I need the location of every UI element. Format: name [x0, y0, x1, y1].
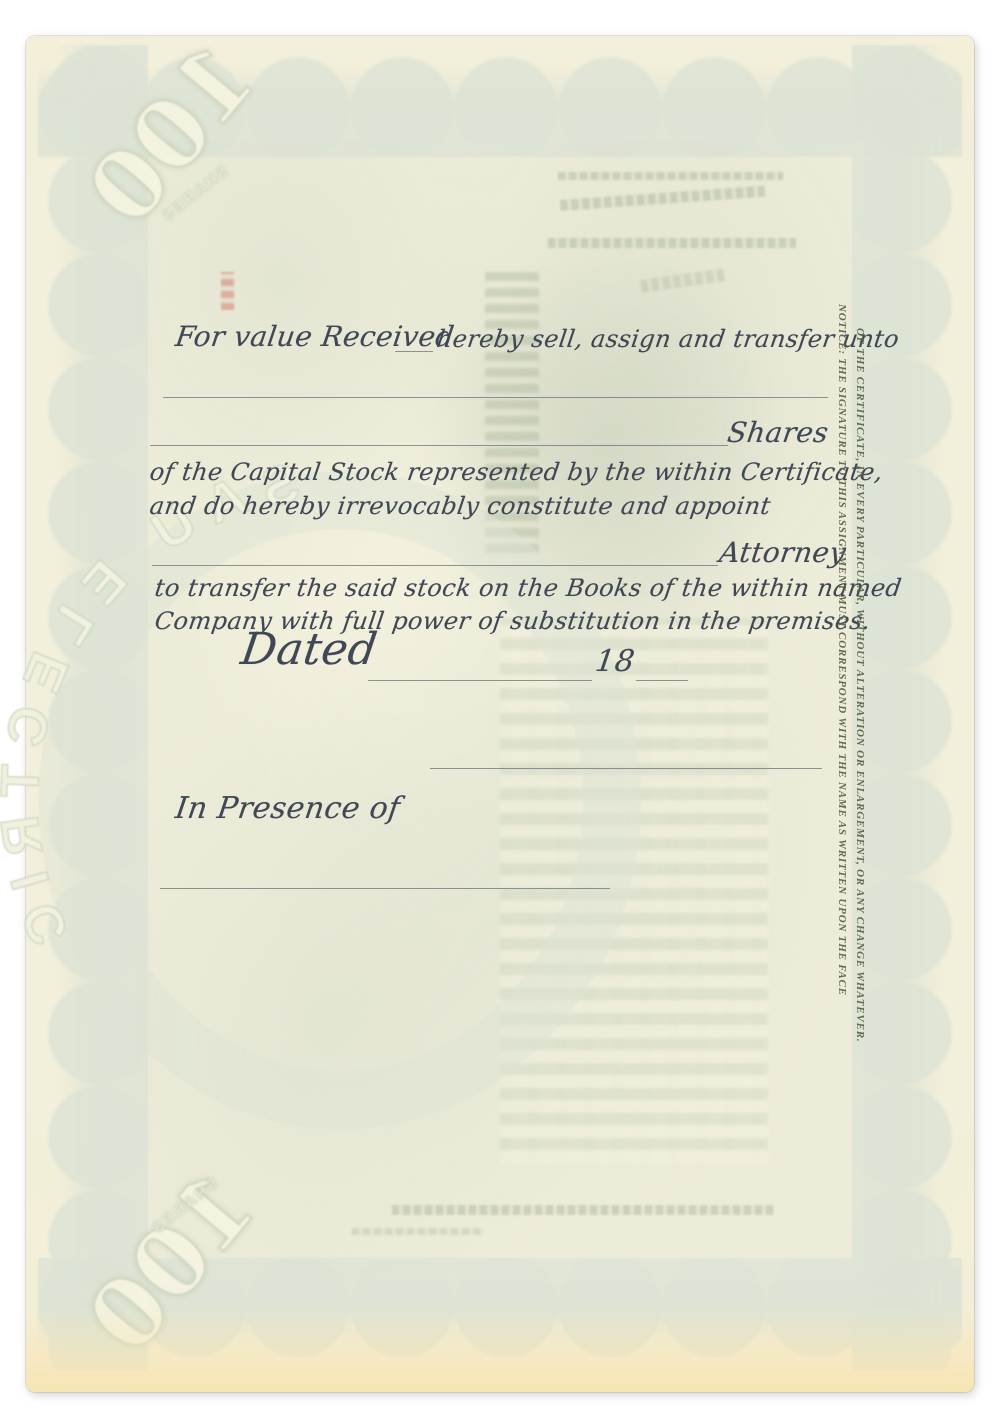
line-capital-stock: of the Capital Stock represented by the … — [148, 458, 885, 486]
attorney-label: Attorney — [717, 536, 848, 569]
fill-line-name-blank — [395, 351, 433, 352]
assignment-intro-prefix: For value Received — [173, 320, 456, 353]
shares-label: Shares — [725, 416, 830, 449]
line-constitute: and do hereby irrevocably constitute and… — [148, 492, 773, 520]
scan-background: 100 SHARES 100 SHARES SAU ELECTRIC For v… — [0, 0, 1000, 1426]
assignment-intro-suffix: hereby sell, assign and transfer unto — [435, 325, 901, 353]
fill-line-attorney — [152, 565, 718, 566]
line-transfer: to transfer the said stock on the Books … — [153, 574, 903, 602]
fill-line-year — [636, 680, 688, 681]
year-prefix: 18 — [593, 644, 637, 679]
witness-label: In Presence of — [173, 791, 402, 826]
notice-text-line-1: NOTICE: THE SIGNATURE TO THIS ASSIGNMENT… — [836, 304, 848, 996]
assignment-form: For value Received hereby sell, assign a… — [26, 36, 974, 1392]
certificate-back: 100 SHARES 100 SHARES SAU ELECTRIC For v… — [26, 36, 974, 1392]
notice-text-line-2: OF THE CERTIFICATE, IN EVERY PARTICULAR,… — [854, 328, 866, 1042]
fill-line-assignee — [163, 397, 828, 398]
dated-label: Dated — [238, 624, 381, 675]
fill-line-date — [368, 680, 592, 681]
notice-block: NOTICE: THE SIGNATURE TO THIS ASSIGNMENT… — [834, 304, 878, 984]
fill-line-witness — [160, 888, 610, 889]
fill-line-signature — [430, 768, 822, 769]
fill-line-shares — [150, 445, 728, 446]
